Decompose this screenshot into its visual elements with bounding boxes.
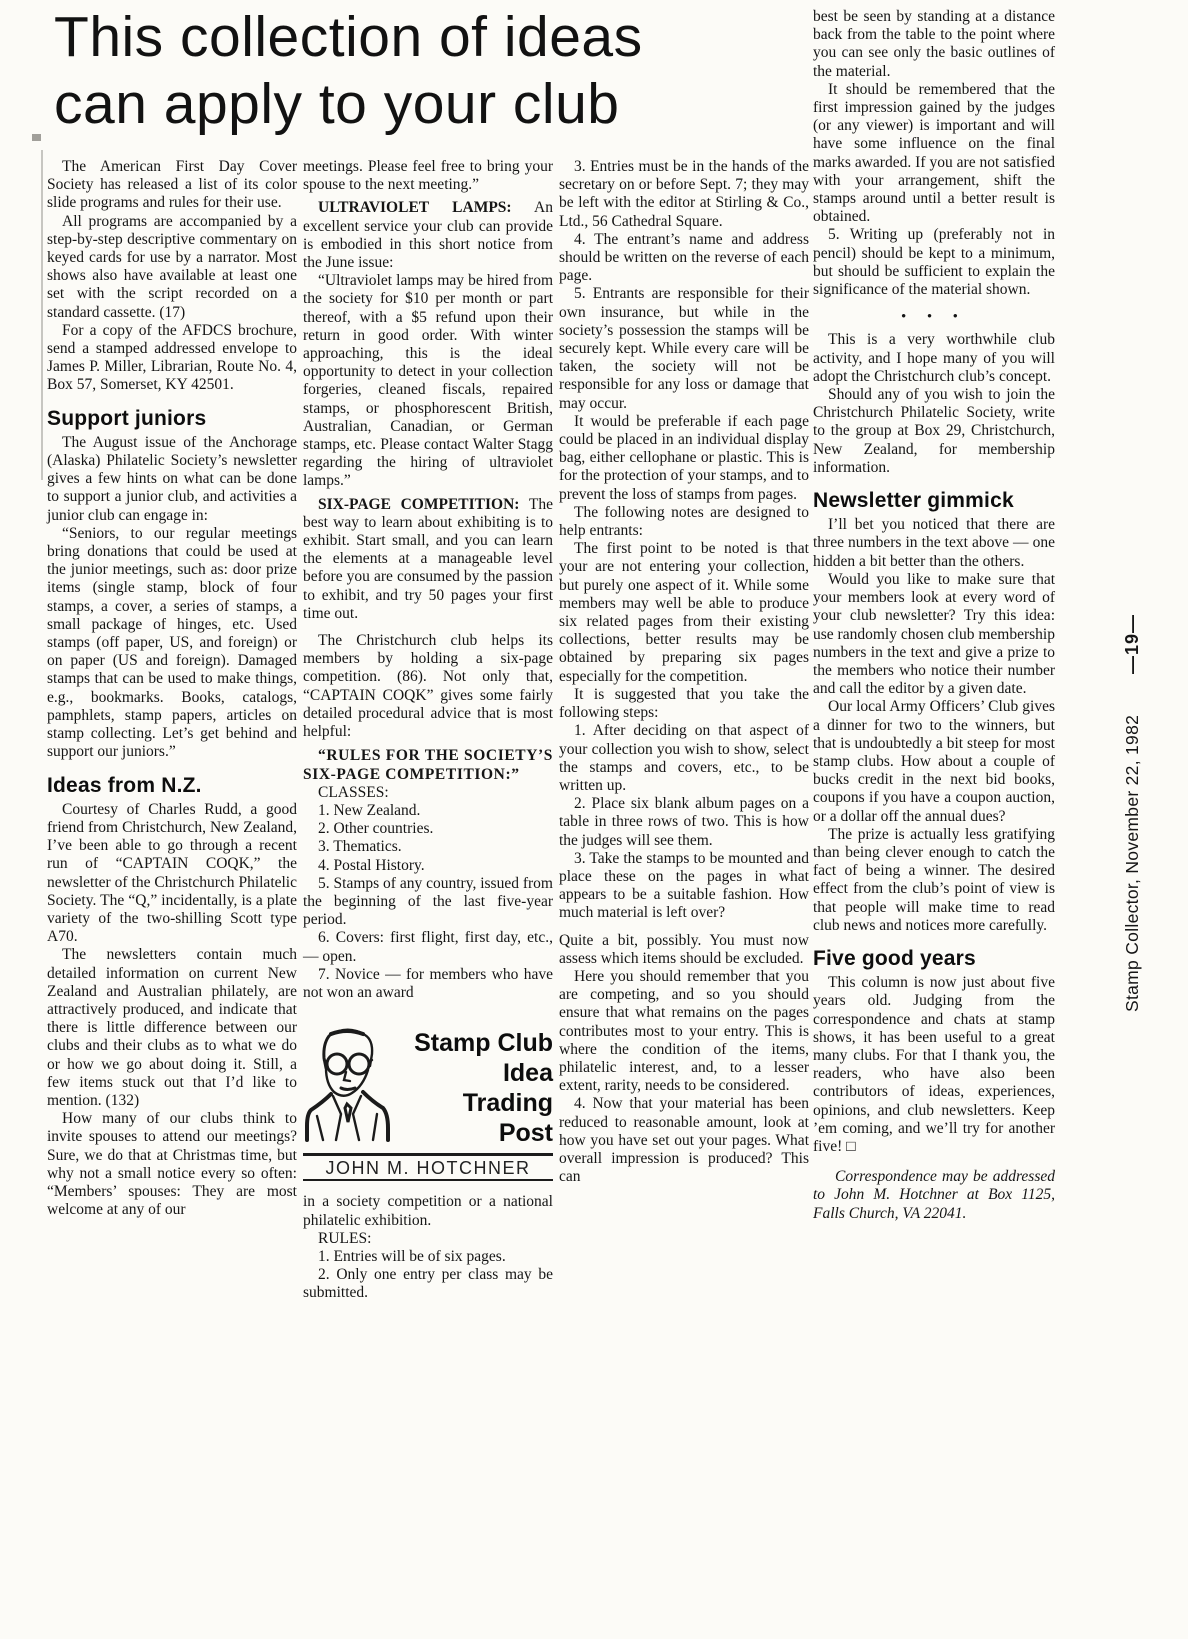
sidebar-page-number: —19— (1122, 614, 1143, 674)
paragraph: “Ultraviolet lamps may be hired from the… (303, 272, 553, 490)
column-3: 3. Entries must be in the hands of the s… (559, 158, 809, 1186)
paragraph: 5. Stamps of any country, issued from th… (303, 875, 553, 930)
paragraph: Would you like to make sure that your me… (813, 571, 1055, 698)
logo-title-line: Post (391, 1118, 553, 1148)
portrait-illustration (303, 1022, 391, 1142)
column-2-lower: in a society competition or a national p… (303, 1193, 553, 1302)
paragraph: 2. Other countries. (303, 820, 553, 838)
paragraph: The August issue of the Anchorage (Alask… (47, 434, 297, 525)
paragraph: ULTRAVIOLET LAMPS: An excellent service … (303, 199, 553, 272)
paragraph: 5. Entrants are responsible for their ow… (559, 285, 809, 412)
column-2-upper: meetings. Please feel free to bring your… (303, 158, 553, 1002)
logo-title: Stamp Club Idea Trading Post (391, 1022, 553, 1148)
paragraph: in a society competition or a national p… (303, 1193, 553, 1229)
paragraph: The following notes are designed to help… (559, 504, 809, 540)
newspaper-page: This collection of ideas can apply to yo… (0, 0, 1188, 1639)
logo-title-line: Stamp Club (391, 1028, 553, 1058)
bold-lead-in: ULTRAVIOLET LAMPS: (318, 199, 512, 216)
paragraph: The first point to be noted is that your… (559, 540, 809, 686)
paragraph: meetings. Please feel free to bring your… (303, 158, 553, 194)
column-4: best be seen by standing at a distance b… (813, 8, 1055, 1223)
paragraph: This is a very worthwhile club activity,… (813, 331, 1055, 386)
logo-title-line: Trading (391, 1088, 553, 1118)
paragraph: How many of our clubs think to invite sp… (47, 1110, 297, 1219)
scan-artifact (41, 150, 43, 480)
headline-line-2: can apply to your club (54, 71, 754, 138)
paragraph: All programs are accompanied by a step-b… (47, 213, 297, 322)
paragraph: “RULES FOR THE SOCIETY’S SIX-PAGE COMPET… (303, 747, 553, 783)
paragraph: 7. Novice — for members who have not won… (303, 966, 553, 1002)
paragraph: It is suggested that you take the follow… (559, 686, 809, 722)
scan-artifact (32, 134, 41, 141)
paragraph: 1. After deciding on that aspect of your… (559, 722, 809, 795)
paragraph: The Christchurch club helps its members … (303, 632, 553, 741)
separator-dots: • • • (813, 307, 1055, 325)
stamp-club-idea-trading-post-logo: Stamp Club Idea Trading Post JOHN M. HOT… (303, 1022, 553, 1181)
paragraph: It should be remembered that the first i… (813, 81, 1055, 227)
sidebar-publication-date: Stamp Collector, November 22, 1982 (1122, 715, 1143, 1012)
paragraph: 3. Take the stamps to be mounted and pla… (559, 850, 809, 923)
paragraph: Here you should remember that you are co… (559, 968, 809, 1095)
paragraph: 3. Thematics. (303, 838, 553, 856)
paragraph: 2. Only one entry per class may be submi… (303, 1266, 553, 1302)
paragraph: Courtesy of Charles Rudd, a good friend … (47, 801, 297, 947)
logo-byline: JOHN M. HOTCHNER (303, 1153, 553, 1181)
paragraph: The newsletters contain much detailed in… (47, 946, 297, 1110)
section-heading: Five good years (813, 950, 1055, 968)
paragraph: Should any of you wish to join the Chris… (813, 386, 1055, 477)
paragraph: SIX-PAGE COMPETITION: The best way to le… (303, 496, 553, 623)
logo-top-row: Stamp Club Idea Trading Post (303, 1022, 553, 1148)
section-heading: Ideas from N.Z. (47, 777, 297, 795)
paragraph: This column is now just about five years… (813, 974, 1055, 1156)
paragraph: Our local Army Officers’ Club gives a di… (813, 698, 1055, 825)
paragraph: 4. The entrant’s name and address should… (559, 231, 809, 286)
paragraph: The prize is actually less gratifying th… (813, 826, 1055, 935)
bold-lead-in: SIX-PAGE COMPETITION: (318, 496, 519, 513)
section-heading: Support juniors (47, 410, 297, 428)
article-headline: This collection of ideas can apply to yo… (54, 4, 754, 139)
paragraph: best be seen by standing at a distance b… (813, 8, 1055, 81)
section-heading: Newsletter gimmick (813, 492, 1055, 510)
paragraph: 6. Covers: first flight, first day, etc.… (303, 929, 553, 965)
paragraph: The American First Day Cover Society has… (47, 158, 297, 213)
paragraph: 5. Writing up (preferably not in pencil)… (813, 226, 1055, 299)
column-1: The American First Day Cover Society has… (47, 158, 297, 1219)
paragraph: 4. Now that your material has been reduc… (559, 1095, 809, 1186)
paragraph: Quite a bit, possibly. You must now asse… (559, 932, 809, 968)
headline-line-1: This collection of ideas (54, 4, 754, 71)
paragraph: I’ll bet you noticed that there are thre… (813, 516, 1055, 571)
logo-title-line: Idea (391, 1058, 553, 1088)
paragraph: 4. Postal History. (303, 857, 553, 875)
paragraph: 3. Entries must be in the hands of the s… (559, 158, 809, 231)
paragraph: RULES: (303, 1230, 553, 1248)
paragraph: Correspondence may be addressed to John … (813, 1168, 1055, 1223)
paragraph: CLASSES: (303, 784, 553, 802)
paragraph: For a copy of the AFDCS brochure, send a… (47, 322, 297, 395)
paragraph: It would be preferable if each page coul… (559, 413, 809, 504)
paragraph: “Seniors, to our regular meetings bring … (47, 525, 297, 762)
paragraph: 2. Place six blank album pages on a tabl… (559, 795, 809, 850)
paragraph: 1. New Zealand. (303, 802, 553, 820)
column-2: meetings. Please feel free to bring your… (303, 158, 553, 1303)
paragraph: 1. Entries will be of six pages. (303, 1248, 553, 1266)
